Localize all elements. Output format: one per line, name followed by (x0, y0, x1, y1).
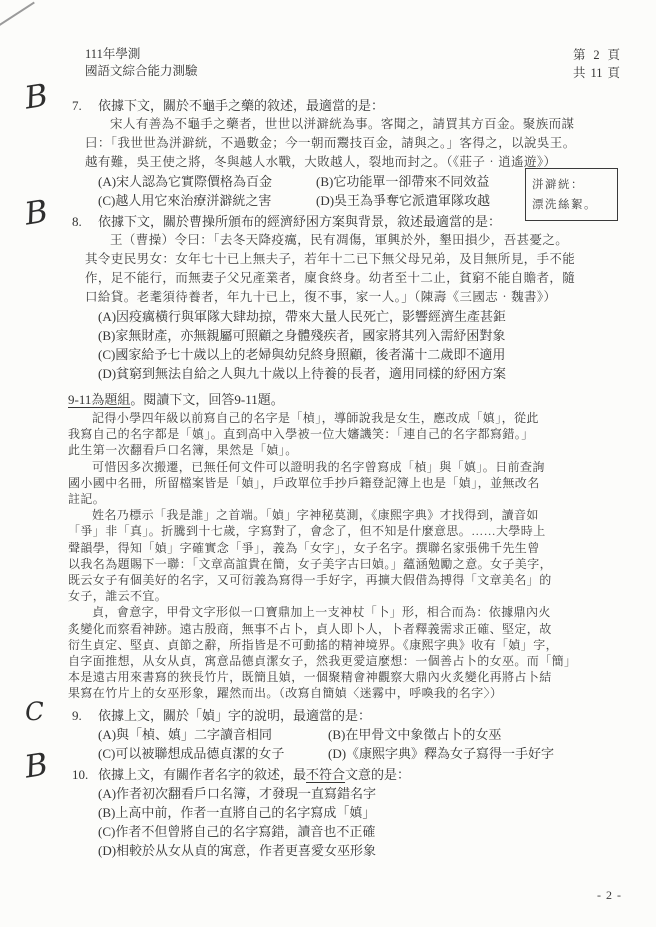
passage-line: 註記。 (68, 491, 626, 507)
option-c: (C)國家給予七十歲以上的老婦與幼兒終身照顧，後者滿十二歲即不適用 (98, 345, 626, 364)
option-text: 與「楨、嫃」二字讀音相同 (116, 725, 272, 744)
option-label: (A) (98, 725, 116, 744)
exam-scan-page: 111年學測 國語文綜合能力測驗 第2頁 共11頁 B 7. 依據下文，關於不龜… (0, 0, 656, 927)
option-b: (B)在甲骨文中象徵占卜的女巫 (328, 725, 626, 744)
passage-line: 以我名為題賜下一聯：「文章高誼貴在簡，女子美字古曰媜。」蘊涵勉勵之意。女子美字， (68, 556, 626, 572)
passage-line: 王（曹操）令曰：「去冬天降疫癘，民有凋傷，軍興於外，墾田損少，吾甚憂之。 (85, 231, 626, 250)
option-c: (C)可以被聯想成品德貞潔的女子 (98, 744, 328, 763)
question-stem: 依據上文，有關作者名字的敘述，最不符合文意的是： (98, 765, 626, 784)
option-b: (B)家無財產，亦無親屬可照顧之身體殘疾者，國家將其列入需紓困對象 (98, 326, 626, 345)
passage-paragraph-3: 姓名乃標示「我是誰」之首端。「媜」字神秘莫測，《康熙字典》才找得到，讀音如「爭」… (68, 507, 626, 604)
passage-line: 曰：「我世世為洴澼絖，不過數金；今一朝而鬻技百金，請與之。」客得之，以說吳王。 (85, 134, 626, 153)
handwritten-answer-mark: B (24, 755, 49, 777)
scan-edge-artifact (0, 2, 35, 29)
option-text: 越人用它來治療洴澼絖之害 (115, 191, 271, 210)
option-b: (B)上高中前，作者一直將自己的名字寫成「嫃」 (98, 803, 626, 822)
passage-line: 自字面推想，从女从貞，寓意品德貞潔女子，然我更愛這麼想：一個善占卜的女巫。而「簡… (68, 653, 626, 669)
passage-line: 貞，會意字，甲骨文字形似一口寶鼎加上一支神杖「卜」形，相合而為：依據鼎內火 (68, 604, 626, 620)
page-prefix: 第 (573, 48, 586, 62)
page-content: 111年學測 國語文綜合能力測驗 第2頁 共11頁 B 7. 依據下文，關於不龜… (72, 46, 626, 860)
passage-paragraph-4: 貞，會意字，甲骨文字形似一口寶鼎加上一支神杖「卜」形，相合而為：依據鼎內火炙變化… (68, 604, 626, 701)
question-7: B 7. 依據下文，關於不龜手之藥的敘述，最適當的是： 宋人有善為不龜手之藥者，… (72, 96, 626, 210)
option-label: (D) (98, 841, 116, 860)
stem-text: 依據上文，有關作者名字的敘述，最 (98, 767, 306, 782)
page-number-block: 第2頁 共11頁 (573, 46, 620, 82)
option-text: 作者初次翻看戶口名簿，才發現一直寫錯名字 (116, 784, 376, 803)
question-8-head: 8. 依據下文，關於曹操所頒布的經濟紓困方案與背景，敘述最適當的是： (72, 212, 626, 231)
question-group-heading: 9-11為題組。閱讀下文，回答9-11題。 (68, 390, 626, 409)
passage-line: 作，足不能行，而無妻子父兄產業者，廩食終身。幼者至十二止，貧窮不能自贍者，隨 (85, 269, 626, 288)
question-7-passage: 宋人有善為不龜手之藥者，世世以洴澼絖為事。客聞之，請買其方百金。聚族而謀曰：「我… (85, 115, 626, 172)
question-9-head: 9. 依據上文，關於「媜」字的說明，最適當的是： (72, 706, 626, 725)
passage-paragraph-1: 記得小學四年級以前寫自己的名字是「楨」，導師說我是女生，應改成「嫃」，從此我寫自… (68, 410, 626, 459)
stem-text: 文意的是： (345, 767, 410, 782)
option-text: 相較於从女从貞的寓意，作者更喜愛女巫形象 (116, 841, 376, 860)
option-text: 《康熙字典》釋為女子寫得一手好字 (346, 744, 554, 763)
passage-line: 可惜因多次搬遷，已無任何文件可以證明我的名字曾寫成「楨」與「嫃」。日前查詢 (68, 459, 626, 475)
passage-line: 聲韻學，得知「媜」字確實念「爭」，義為「女字」，女子名字。撰聯名家張佛千先生曾 (68, 540, 626, 556)
group-instruction: 。閱讀下文，回答9-11題。 (130, 392, 283, 407)
passage-line: 其令吏民男女：女年七十已上無夫子，若年十二已下無父母兄弟，及目無所見，手不能 (85, 250, 626, 269)
passage-line: 女子，誰云不宜。 (68, 588, 626, 604)
option-text: 家無財產，亦無親屬可照顧之身體殘疾者，國家將其列入需紓困對象 (115, 326, 505, 345)
passage-line: 炙變化而察看神跡。遠古殷商，無事不占卜，貞人即卜人，卜者釋義需求正確、堅定，故 (68, 621, 626, 637)
option-label: (C) (98, 191, 115, 210)
option-label: (B) (328, 725, 345, 744)
passage-line: 果寫在竹片上的女巫形象，躍然而出。（改寫自簡媜〈迷霧中，呼喚我的名字〉） (68, 685, 626, 701)
total-suffix: 頁 (607, 66, 620, 80)
option-label: (C) (98, 822, 115, 841)
option-c: (C)越人用它來治療洴澼絖之害 (98, 191, 316, 210)
option-text: 國家給予七十歲以上的老婦與幼兒終身照顧，後者滿十二歲即不適用 (115, 345, 505, 364)
question-number: 9. (72, 706, 98, 725)
passage-line: 本是遠古用來書寫的狹長竹片，既簡且媜，一個聚精會神觀察大鼎內火炙變化再將占卜結 (68, 669, 626, 685)
page-header: 111年學測 國語文綜合能力測驗 第2頁 共11頁 (72, 46, 626, 82)
option-label: (C) (98, 744, 115, 763)
total-pages: 11 (585, 64, 607, 82)
group-passage: 記得小學四年級以前寫自己的名字是「楨」，導師說我是女生，應改成「嫃」，從此我寫自… (68, 410, 626, 702)
total-prefix: 共 (573, 66, 586, 80)
option-a: (A)作者初次翻看戶口名簿，才發現一直寫錯名字 (98, 784, 626, 803)
option-label: (D) (328, 744, 346, 763)
option-a: (A)宋人認為它實際價格為百金 (98, 172, 316, 191)
option-text: 上高中前，作者一直將自己的名字寫成「嫃」 (115, 803, 375, 822)
option-label: (D) (316, 191, 334, 210)
handwritten-answer-mark: B (24, 86, 49, 108)
passage-line: 記得小學四年級以前寫自己的名字是「楨」，導師說我是女生，應改成「嫃」，從此 (68, 410, 626, 426)
question-8: B 8. 依據下文，關於曹操所頒布的經濟紓困方案與背景，敘述最適當的是： 王（曹… (72, 212, 626, 383)
question-stem: 依據上文，關於「媜」字的說明，最適當的是： (98, 706, 626, 725)
option-a: (A)與「楨、嫃」二字讀音相同 (98, 725, 328, 744)
question-10-options: (A)作者初次翻看戶口名簿，才發現一直寫錯名字 (B)上高中前，作者一直將自己的… (98, 784, 626, 860)
option-a: (A)因疫癘橫行與軍隊大肆劫掠，帶來大量人民死亡，影響經濟生產甚鉅 (98, 307, 626, 326)
question-10-head: 10. 依據上文，有關作者名字的敘述，最不符合文意的是： (72, 765, 626, 784)
passage-line: 衍生貞定、堅貞、貞節之辭，所指皆是不可動搖的精神境界。《康熙字典》收有「媜」字， (68, 637, 626, 653)
exam-subject: 國語文綜合能力測驗 (85, 63, 198, 80)
exam-title-block: 111年學測 國語文綜合能力測驗 (85, 46, 198, 82)
option-label: (A) (98, 307, 116, 326)
page-suffix: 頁 (607, 48, 620, 62)
page-number: 2 (585, 46, 607, 64)
passage-line: 既云女子有個美好的名字，又可衍義為寫得一手好字，再擴大假借為搏得「文章美名」的 (68, 572, 626, 588)
passage-line: 宋人有善為不龜手之藥者，世世以洴澼絖為事。客聞之，請買其方百金。聚族而謀 (85, 115, 626, 134)
option-text: 它功能單一卻帶來不同效益 (333, 172, 489, 191)
option-label: (C) (98, 345, 115, 364)
question-8-options: (A)因疫癘橫行與軍隊大肆劫掠，帶來大量人民死亡，影響經濟生產甚鉅 (B)家無財… (98, 307, 626, 383)
passage-line: 國小國中名冊，所留檔案皆是「媜」，戶政單位手抄戶籍登記簿上也是「媜」，並無改名 (68, 475, 626, 491)
option-label: (B) (98, 326, 115, 345)
question-stem: 依據下文，關於曹操所頒布的經濟紓困方案與背景，敘述最適當的是： (98, 212, 626, 231)
option-d: (D)貧窮到無法自給之人與九十歲以上待養的長者，適用同樣的紓困方案 (98, 364, 626, 383)
question-number: 10. (72, 765, 98, 784)
stem-emphasized-text: 不符合 (306, 767, 345, 782)
passage-line: 姓名乃標示「我是誰」之首端。「媜」字神秘莫測，《康熙字典》才找得到，讀音如 (68, 507, 626, 523)
total-pages-line: 共11頁 (573, 64, 620, 82)
group-range-label: 9-11為題組 (68, 392, 130, 407)
passage-line: 我寫自己的名字都是「嫃」。直到高中入學被一位大嬸譏笑：「連自己的名字都寫錯。」 (68, 426, 626, 442)
question-8-passage: 王（曹操）令曰：「去冬天降疫癘，民有凋傷，軍興於外，墾田損少，吾甚憂之。其令吏民… (85, 231, 626, 307)
passage-line: 口給貸。老耄須待養者，年九十已上，復不事，家一人。」（陳壽《三國志‧魏書》） (85, 288, 626, 307)
question-stem: 依據下文，關於不龜手之藥的敘述，最適當的是： (98, 96, 626, 115)
question-number: 8. (72, 212, 98, 231)
option-label: (A) (98, 172, 116, 191)
question-number: 7. (72, 96, 98, 115)
question-9-options: (A)與「楨、嫃」二字讀音相同 (B)在甲骨文中象徵占卜的女巫 (C)可以被聯想… (98, 725, 626, 763)
option-text: 作者不但曾將自己的名字寫錯，讀音也不正確 (115, 822, 375, 841)
option-text: 貧窮到無法自給之人與九十歲以上待養的長者，適用同樣的紓困方案 (116, 364, 506, 383)
option-c: (C)作者不但曾將自己的名字寫錯，讀音也不正確 (98, 822, 626, 841)
handwritten-answer-mark: C (24, 701, 44, 721)
option-text: 吳王為爭奪它派遣軍隊攻越 (334, 191, 490, 210)
option-label: (B) (98, 803, 115, 822)
passage-line: 「爭」非「真」。折騰到十七歲，字寫對了，會念了，但不知是什麼意思。……大學時上 (68, 523, 626, 539)
option-label: (D) (98, 364, 116, 383)
option-d: (D)相較於从女从貞的寓意，作者更喜愛女巫形象 (98, 841, 626, 860)
page-number-line: 第2頁 (573, 46, 620, 64)
exam-year: 111年學測 (85, 46, 198, 63)
option-d: (D)《康熙字典》釋為女子寫得一手好字 (328, 744, 626, 763)
option-label: (B) (316, 172, 333, 191)
page-footer-number: - 2 - (597, 888, 622, 903)
question-10: B 10. 依據上文，有關作者名字的敘述，最不符合文意的是： (A)作者初次翻看… (72, 765, 626, 860)
option-text: 宋人認為它實際價格為百金 (116, 172, 272, 191)
option-label: (A) (98, 784, 116, 803)
gloss-term: 洴澼絖： (532, 175, 612, 195)
passage-paragraph-2: 可惜因多次搬遷，已無任何文件可以證明我的名字曾寫成「楨」與「嫃」。日前查詢國小國… (68, 459, 626, 508)
option-text: 在甲骨文中象徵占卜的女巫 (345, 725, 501, 744)
option-text: 因疫癘橫行與軍隊大肆劫掠，帶來大量人民死亡，影響經濟生產甚鉅 (116, 307, 506, 326)
question-9: C 9. 依據上文，關於「媜」字的說明，最適當的是： (A)與「楨、嫃」二字讀音… (72, 706, 626, 763)
handwritten-answer-mark: B (24, 202, 49, 224)
question-7-head: 7. 依據下文，關於不龜手之藥的敘述，最適當的是： (72, 96, 626, 115)
option-text: 可以被聯想成品德貞潔的女子 (115, 744, 284, 763)
passage-line: 此生第一次翻看戶口名簿，果然是「媜」。 (68, 442, 626, 458)
